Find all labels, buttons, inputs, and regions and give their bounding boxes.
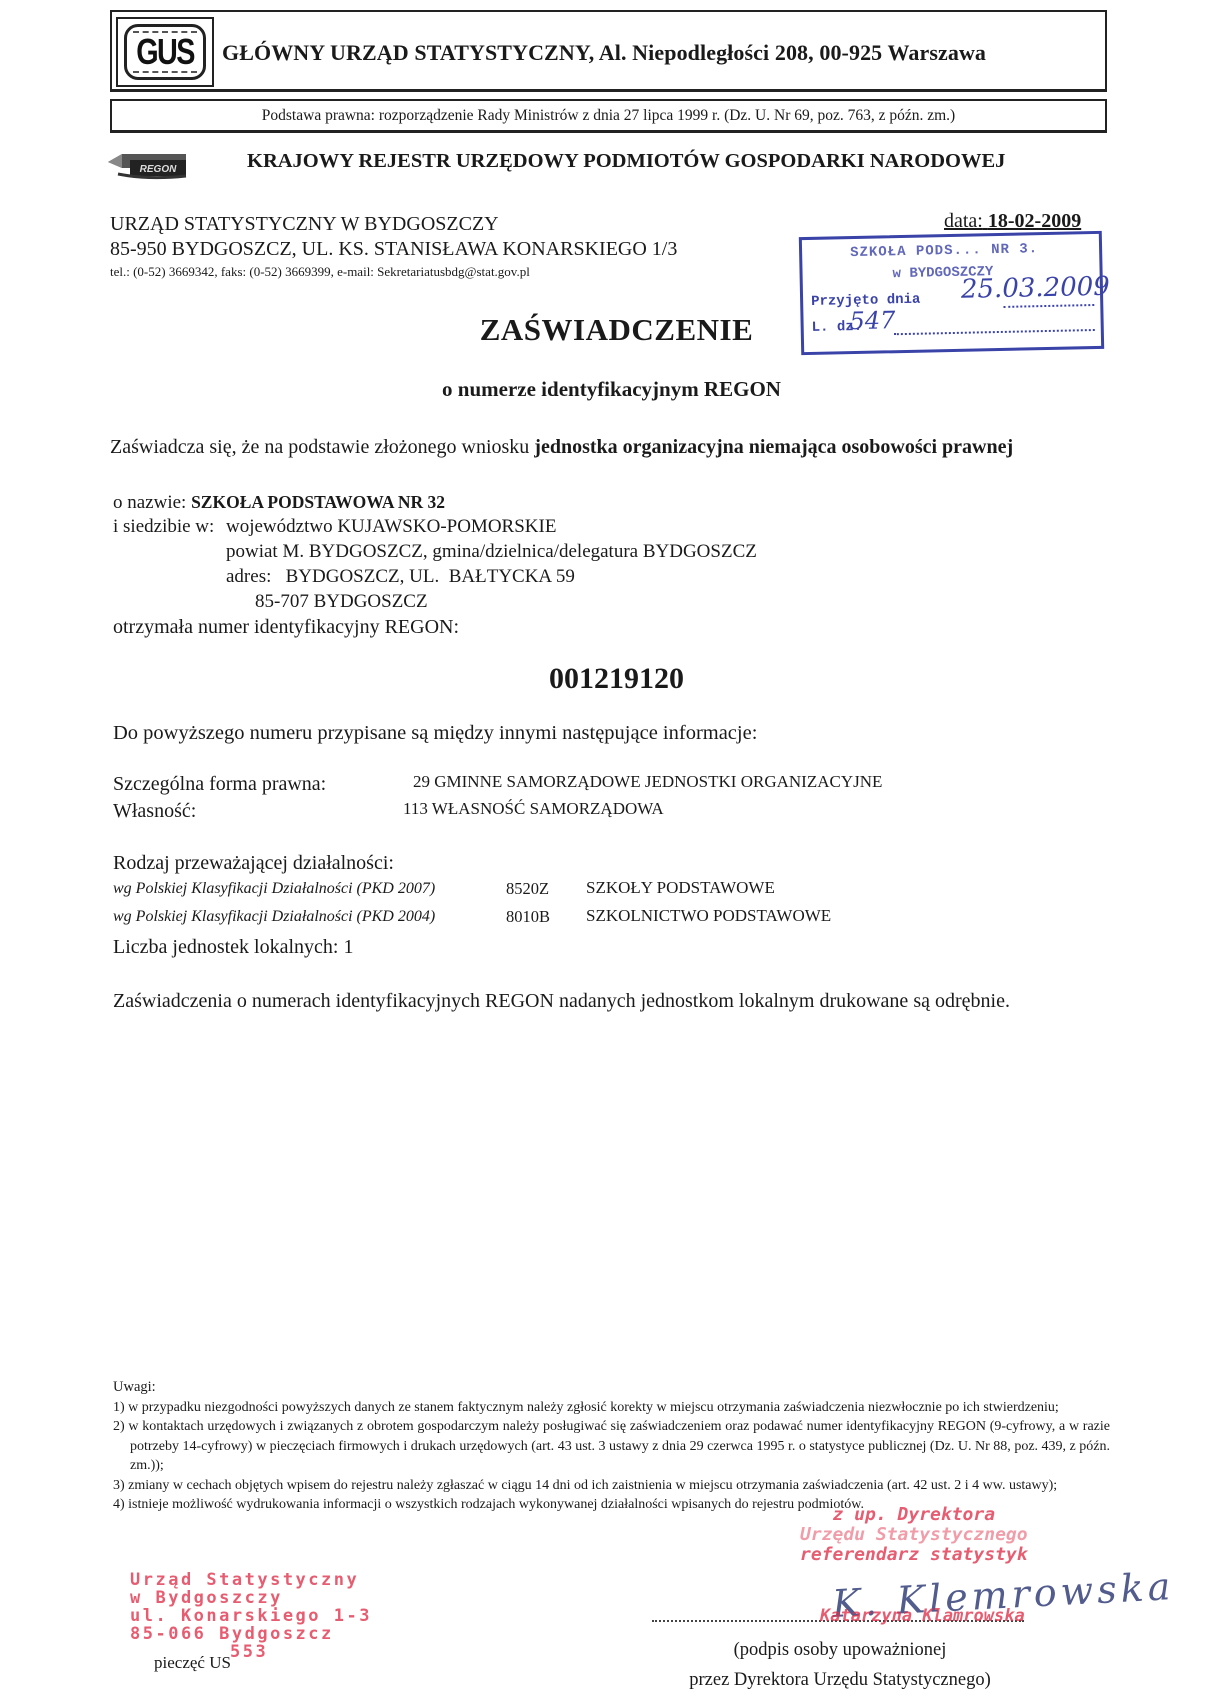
issuing-office: URZĄD STATYSTYCZNY W BYDGOSZCZY 85-950 B… <box>110 212 677 282</box>
signature-stamp-line: referendarz statystyk <box>800 1545 1028 1565</box>
entity-name-row: o nazwie: SZKOŁA PODSTAWOWA NR 32 <box>113 492 445 514</box>
pkd-2004-classification: wg Polskiej Klasyfikacji Działalności (P… <box>113 908 435 926</box>
address-value: BYDGOSZCZ, UL. BAŁTYCKA 59 <box>286 566 575 587</box>
pkd-2007-code: 8520Z <box>506 879 549 899</box>
remark-item: 1) w przypadku niezgodności powyższych d… <box>113 1398 1110 1418</box>
gus-logo-text: GUS <box>136 31 194 73</box>
name-label: o nazwie: <box>113 492 186 513</box>
date-label: data: <box>944 210 983 232</box>
remarks-heading: Uwagi: <box>113 1378 1110 1398</box>
legal-basis-box: Podstawa prawna: rozporządzenie Rady Min… <box>110 99 1107 133</box>
remark-item: 2) w kontaktach urzędowych i związanych … <box>113 1417 1110 1476</box>
legal-form-value: 29 GMINNE SAMORZĄDOWE JEDNOSTKI ORGANIZA… <box>413 772 882 792</box>
signature-stamp-line: Urzędu Statystycznego <box>800 1525 1028 1545</box>
office-address: 85-950 BYDGOSZCZ, UL. KS. STANISŁAWA KON… <box>110 237 677 262</box>
district: powiat M. BYDGOSZCZ, gmina/dzielnica/del… <box>226 541 757 563</box>
legal-form-label: Szczególna forma prawna: <box>113 773 326 796</box>
office-stamp-line: ul. Konarskiego 1-3 <box>130 1607 372 1625</box>
remark-item: 3) zmiany w cechach objętych wpisem do r… <box>113 1476 1110 1496</box>
details-intro: Do powyższego numeru przypisane są międz… <box>113 722 757 745</box>
issue-date: data: 18-02-2009 <box>944 210 1081 233</box>
activity-label: Rodzaj przeważającej działalności: <box>113 852 394 875</box>
gus-logo-icon: GUS <box>124 24 206 80</box>
legal-basis-text: Podstawa prawna: rozporządzenie Rady Min… <box>112 107 1105 125</box>
address-row: adres: BYDGOSZCZ, UL. BAŁTYCKA 59 <box>226 566 575 588</box>
entity-name: SZKOŁA PODSTAWOWA NR 32 <box>191 492 445 512</box>
ownership-value: 113 WŁASNOŚĆ SAMORZĄDOWA <box>403 799 664 819</box>
date-value: 18-02-2009 <box>988 210 1081 232</box>
closing-note: Zaświadczenia o numerach identyfikacyjny… <box>113 987 1110 1015</box>
address-label: adres: <box>226 566 271 587</box>
signature-stamp: z up. Dyrektora Urzędu Statystycznego re… <box>800 1505 1028 1565</box>
regon-number: 001219120 <box>0 662 1223 696</box>
stamp-dotted-line <box>1003 304 1094 308</box>
seat-label: i siedzibie w: <box>113 516 214 538</box>
svg-text:REGON: REGON <box>140 164 177 175</box>
intro-text: Zaświadcza się, że na podstawie złożoneg… <box>110 436 534 458</box>
postal-code: 85-707 BYDGOSZCZ <box>255 591 428 613</box>
signature-caption: (podpis osoby upoważnionej przez Dyrekto… <box>640 1635 1040 1695</box>
entity-type: jednostka organizacyjna niemająca osobow… <box>534 436 1013 458</box>
voivodeship: województwo KUJAWSKO-POMORSKIE <box>226 516 556 538</box>
remarks-section: Uwagi: 1) w przypadku niezgodności powyż… <box>113 1378 1110 1515</box>
signature-caption-line-2: przez Dyrektora Urzędu Statystycznego) <box>640 1665 1040 1695</box>
document-title: ZAŚWIADCZENIE <box>0 312 1223 348</box>
institution-name: GŁÓWNY URZĄD STATYSTYCZNY, Al. Niepodleg… <box>222 40 986 66</box>
ownership-label: Własność: <box>113 800 196 823</box>
received-number-label: otrzymała numer identyfikacyjny REGON: <box>113 616 459 639</box>
office-contact: tel.: (0-52) 3669342, faks: (0-52) 36693… <box>110 262 677 282</box>
local-units-count: Liczba jednostek lokalnych: 1 <box>113 936 353 959</box>
regon-pencil-logo-icon: REGON <box>108 150 188 180</box>
stamp-line-1: SZKOŁA PODS... NR 3. <box>850 241 1038 261</box>
gus-logo: GUS <box>116 17 214 87</box>
signer-name: Katarzyna Klamrowska <box>820 1606 1025 1626</box>
header-institution-box: GUS GŁÓWNY URZĄD STATYSTYCZNY, Al. Niepo… <box>110 10 1107 92</box>
pkd-2007-description: SZKOŁY PODSTAWOWE <box>586 878 775 898</box>
office-stamp-line: Urząd Statystyczny <box>130 1571 372 1589</box>
document-subtitle: o numerze identyfikacyjnym REGON <box>0 377 1223 402</box>
stamp-received-date: 25.03.2009 <box>961 272 1110 305</box>
signature-caption-line-1: (podpis osoby upoważnionej <box>640 1635 1040 1665</box>
certification-intro: Zaświadcza się, że na podstawie złożoneg… <box>110 433 1100 461</box>
pkd-2007-classification: wg Polskiej Klasyfikacji Działalności (P… <box>113 880 435 898</box>
pkd-2004-code: 8010B <box>506 907 550 927</box>
registry-title: KRAJOWY REJESTR URZĘDOWY PODMIOTÓW GOSPO… <box>247 150 1005 173</box>
office-stamp-line: 85-066 Bydgoszcz <box>130 1625 372 1643</box>
office-stamp-line: w Bydgoszczy <box>130 1589 372 1607</box>
stamp-caption: pieczęć US <box>154 1653 231 1673</box>
pkd-2004-description: SZKOLNICTWO PODSTAWOWE <box>586 906 831 926</box>
signature-stamp-line: z up. Dyrektora <box>800 1505 1028 1525</box>
office-stamp: Urząd Statystyczny w Bydgoszczy ul. Kona… <box>130 1571 372 1661</box>
office-name: URZĄD STATYSTYCZNY W BYDGOSZCZY <box>110 212 677 237</box>
